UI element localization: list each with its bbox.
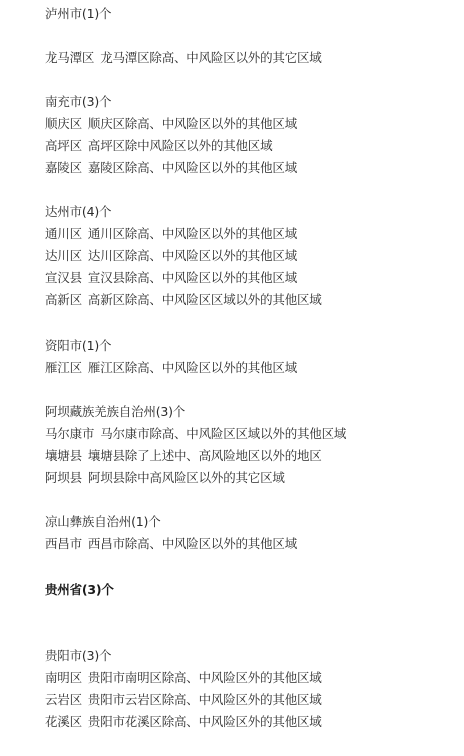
district-name: 马尔康市 <box>45 426 94 441</box>
city-header-dazhou: 达州市(4)个 <box>45 201 111 223</box>
city-header-luzhou: 泸州市(1)个 <box>45 3 111 25</box>
province-header-guizhou: 贵州省(3)个 <box>45 579 114 601</box>
district-entry: 马尔康市马尔康市除高、中风险区区域以外的其他区域 <box>45 423 346 445</box>
city-header-aba: 阿坝藏族羌族自治州(3)个 <box>45 401 185 423</box>
district-entry: 南明区贵阳市南明区除高、中风险区外的其他区域 <box>45 667 322 689</box>
district-entry: 高坪区高坪区除中风险区以外的其他区域 <box>45 135 272 157</box>
district-entry: 云岩区贵阳市云岩区除高、中风险区外的其他区域 <box>45 689 322 711</box>
district-entry: 顺庆区顺庆区除高、中风险区以外的其他区域 <box>45 113 297 135</box>
district-entry: 龙马潭区龙马潭区除高、中风险区以外的其它区域 <box>45 47 322 69</box>
district-description: 通川区除高、中风险区以外的其他区域 <box>88 226 297 241</box>
district-description: 贵阳市云岩区除高、中风险区外的其他区域 <box>88 692 322 707</box>
district-description: 顺庆区除高、中风险区以外的其他区域 <box>88 116 297 131</box>
district-description: 龙马潭区除高、中风险区以外的其它区域 <box>100 50 321 65</box>
city-header-ziyang: 资阳市(1)个 <box>45 335 111 357</box>
district-description: 马尔康市除高、中风险区区域以外的其他区域 <box>100 426 346 441</box>
district-description: 雁江区除高、中风险区以外的其他区域 <box>88 360 297 375</box>
district-name: 通川区 <box>45 226 82 241</box>
district-name: 宣汉县 <box>45 270 82 285</box>
district-entry: 花溪区贵阳市花溪区除高、中风险区外的其他区域 <box>45 711 322 733</box>
city-header-liangshan: 凉山彝族自治州(1)个 <box>45 511 161 533</box>
city-header-guiyang: 贵阳市(3)个 <box>45 645 111 667</box>
district-description: 达川区除高、中风险区以外的其他区域 <box>88 248 297 263</box>
district-name: 花溪区 <box>45 714 82 729</box>
district-name: 高坪区 <box>45 138 82 153</box>
district-name: 顺庆区 <box>45 116 82 131</box>
district-entry: 通川区通川区除高、中风险区以外的其他区域 <box>45 223 297 245</box>
district-description: 阿坝县除中高风险区以外的其它区域 <box>88 470 285 485</box>
district-description: 高坪区除中风险区以外的其他区域 <box>88 138 273 153</box>
district-description: 壤塘县除了上述中、高风险地区以外的地区 <box>88 448 322 463</box>
district-name: 雁江区 <box>45 360 82 375</box>
district-name: 达川区 <box>45 248 82 263</box>
district-description: 宣汉县除高、中风险区以外的其他区域 <box>88 270 297 285</box>
district-name: 嘉陵区 <box>45 160 82 175</box>
district-name: 高新区 <box>45 292 82 307</box>
district-name: 西昌市 <box>45 536 82 551</box>
district-name: 南明区 <box>45 670 82 685</box>
district-name: 壤塘县 <box>45 448 82 463</box>
district-entry: 西昌市西昌市除高、中风险区以外的其他区域 <box>45 533 297 555</box>
district-entry: 达川区达川区除高、中风险区以外的其他区域 <box>45 245 297 267</box>
city-header-nanchong: 南充市(3)个 <box>45 91 111 113</box>
district-description: 贵阳市南明区除高、中风险区外的其他区域 <box>88 670 322 685</box>
district-name: 阿坝县 <box>45 470 82 485</box>
district-description: 嘉陵区除高、中风险区以外的其他区域 <box>88 160 297 175</box>
district-description: 西昌市除高、中风险区以外的其他区域 <box>88 536 297 551</box>
district-entry: 宣汉县宣汉县除高、中风险区以外的其他区域 <box>45 267 297 289</box>
district-entry: 高新区高新区除高、中风险区区域以外的其他区域 <box>45 289 322 311</box>
district-description: 高新区除高、中风险区区域以外的其他区域 <box>88 292 322 307</box>
district-entry: 壤塘县壤塘县除了上述中、高风险地区以外的地区 <box>45 445 322 467</box>
district-entry: 嘉陵区嘉陵区除高、中风险区以外的其他区域 <box>45 157 297 179</box>
district-description: 贵阳市花溪区除高、中风险区外的其他区域 <box>88 714 322 729</box>
district-entry: 阿坝县阿坝县除中高风险区以外的其它区域 <box>45 467 285 489</box>
district-name: 云岩区 <box>45 692 82 707</box>
district-entry: 雁江区雁江区除高、中风险区以外的其他区域 <box>45 357 297 379</box>
district-name: 龙马潭区 <box>45 50 94 65</box>
